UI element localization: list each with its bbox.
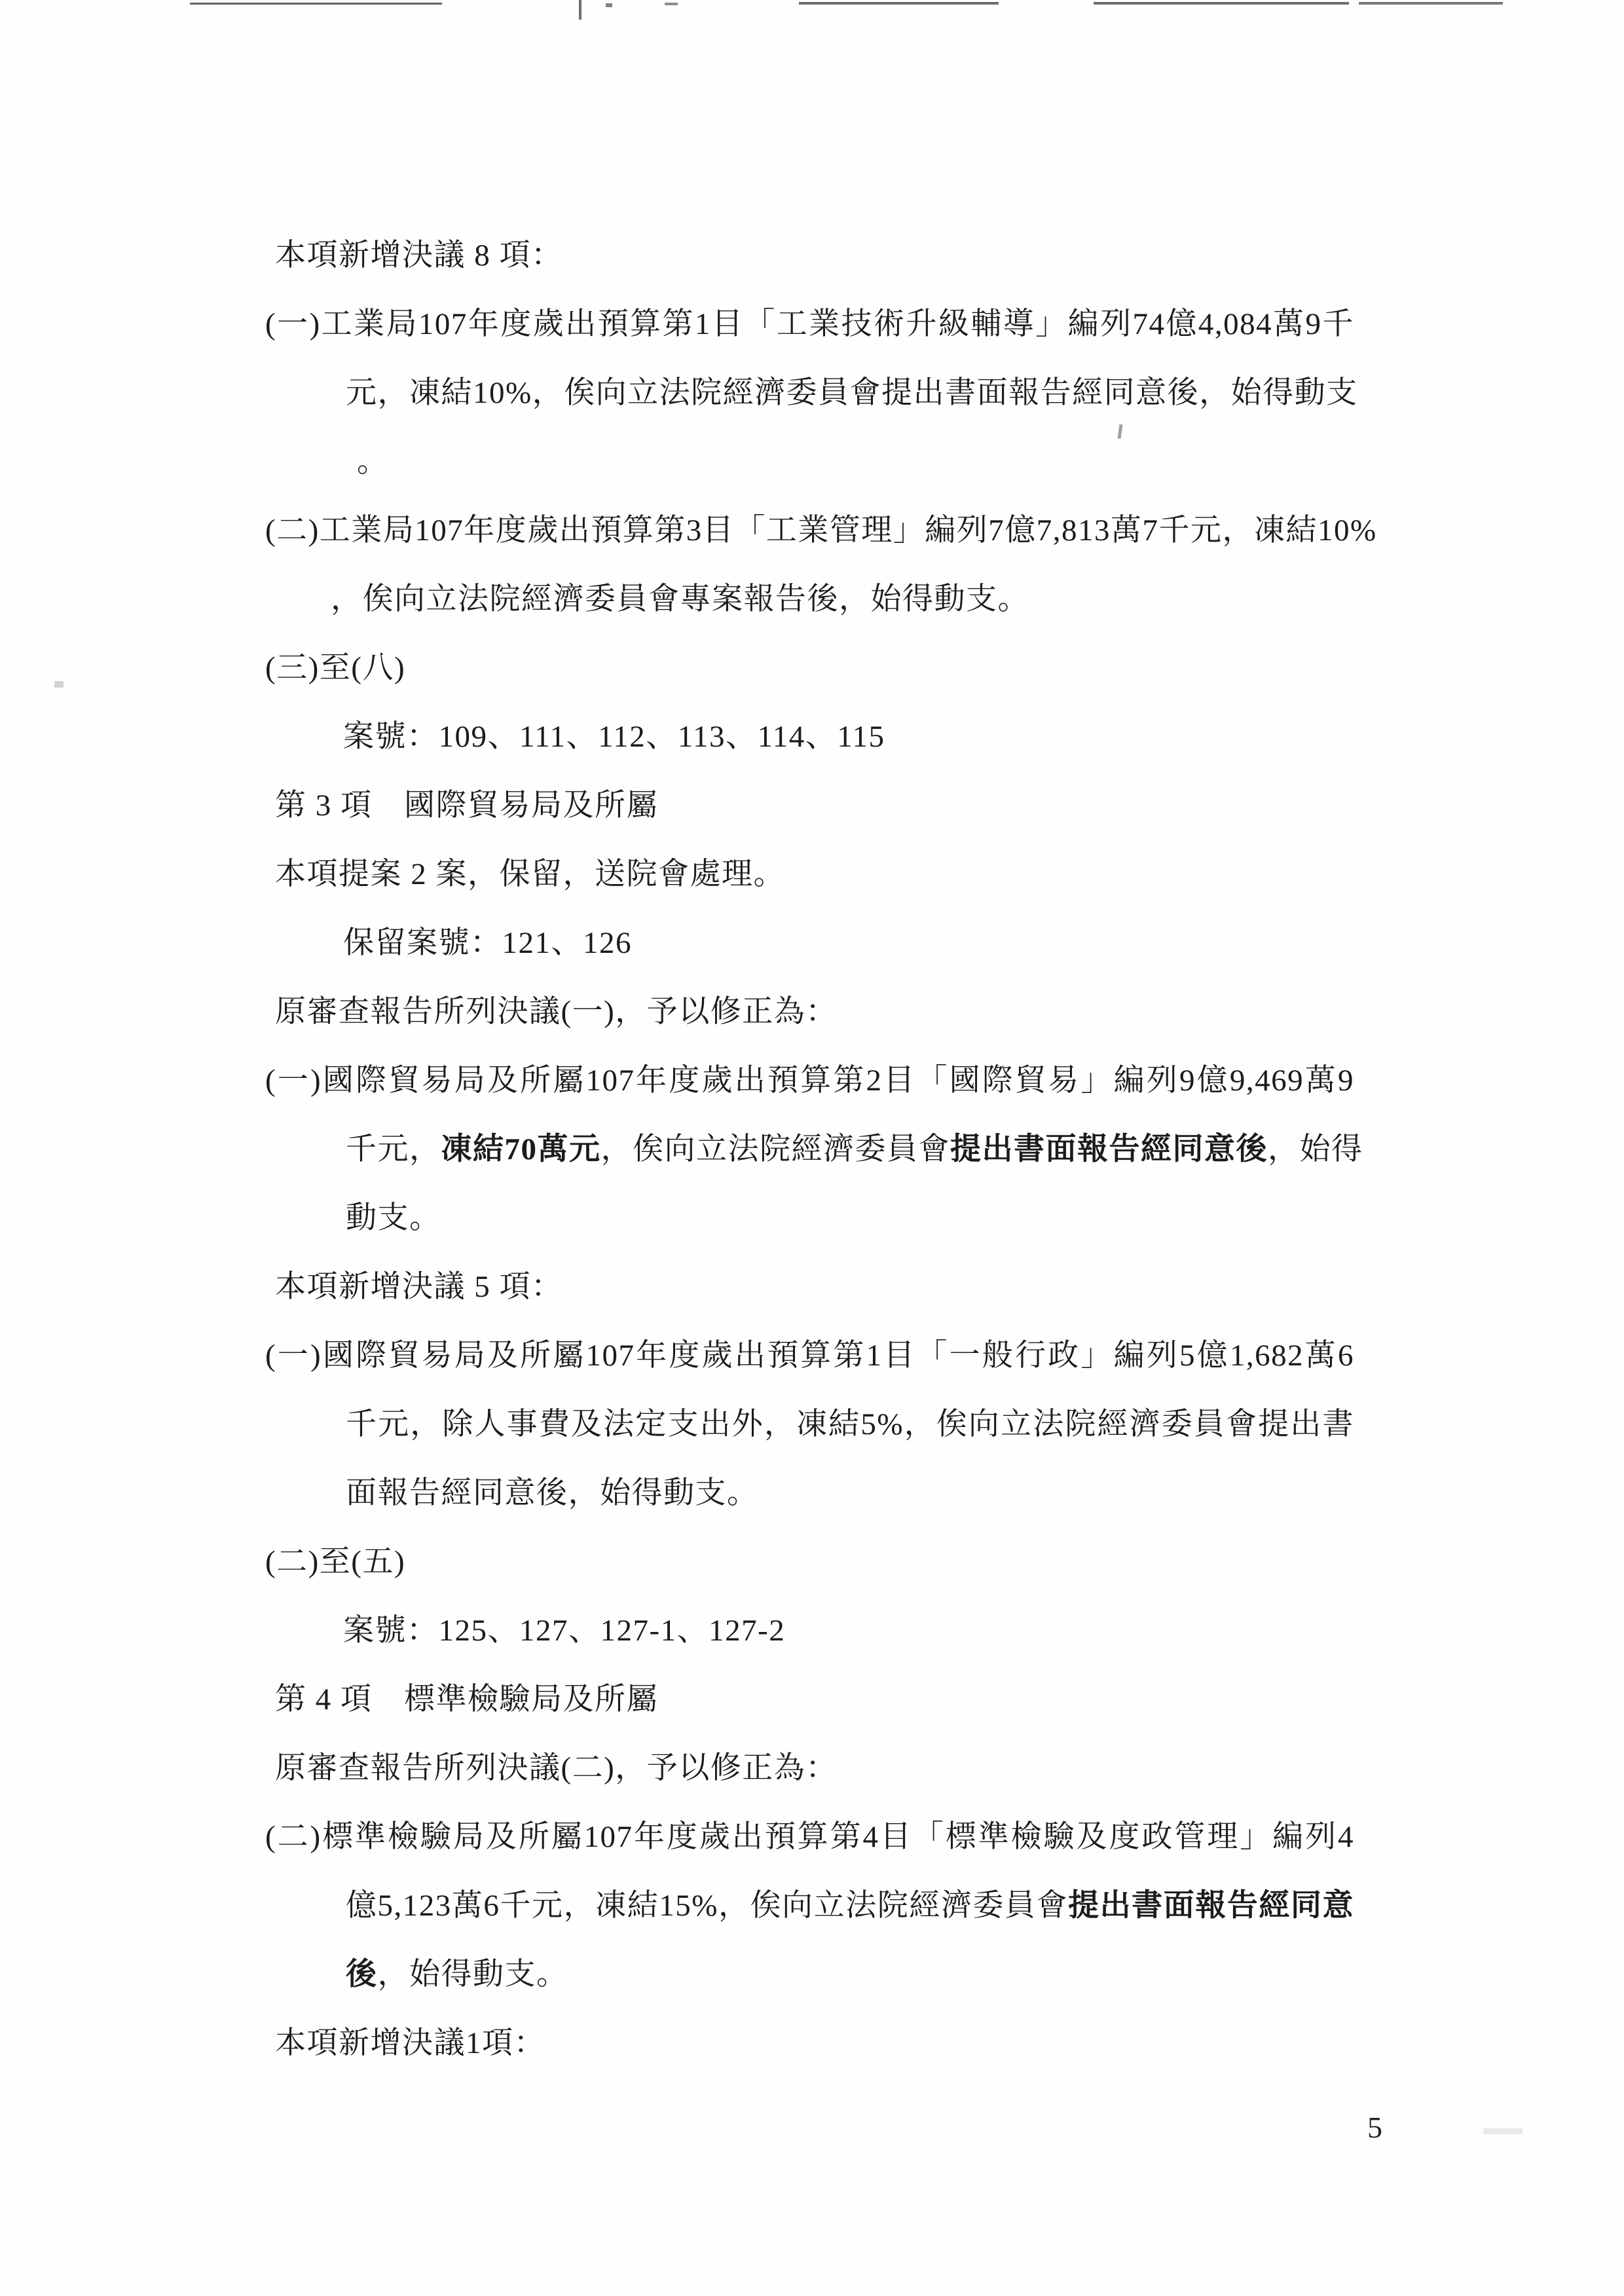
- scan-artifact-10: [1483, 2128, 1522, 2134]
- text-line-13: (一)國際貿易局及所屬107年度歲出預算第2目「國際貿易」編列9億9,469萬9: [265, 1046, 1354, 1115]
- text-segment: 提出書面報告經同意: [1068, 1889, 1354, 1923]
- scan-artifact-6: [1094, 2, 1349, 5]
- text-segment: 提出書面報告經同意後: [950, 1132, 1268, 1166]
- text-segment: 保留案號：121、126: [343, 926, 632, 960]
- scan-artifact-3: [606, 3, 612, 7]
- text-segment: ，始得: [1268, 1132, 1363, 1166]
- scan-artifact-4: [665, 3, 678, 5]
- text-line-6: ，俟向立法院經濟委員會專案報告後，始得動支。: [331, 565, 1354, 634]
- text-line-8: 案號：109、111、112、113、114、115: [343, 703, 1354, 771]
- text-segment: 後: [346, 1957, 378, 1991]
- text-segment: (二)標準檢驗局及所屬107年度歲出預算第4目「標準檢驗及度政管理」編列4: [265, 1820, 1354, 1854]
- text-segment: ，俟向立法院經濟委員會: [601, 1132, 951, 1166]
- text-line-12: 原審查報告所列決議(一)，予以修正為：: [275, 978, 1354, 1046]
- text-segment: (二)至(五): [265, 1545, 405, 1579]
- scan-artifact-1: [190, 3, 442, 5]
- text-segment: ，俟向立法院經濟委員會專案報告後，始得動支。: [331, 582, 1029, 616]
- text-line-5: (二)工業局107年度歲出預算第3目「工業管理」編列7億7,813萬7千元，凍結…: [265, 496, 1354, 565]
- text-segment: 動支。: [346, 1201, 441, 1235]
- text-segment: 本項新增決議 8 項：: [275, 238, 563, 272]
- scan-artifact-2: [579, 0, 581, 20]
- text-segment: 本項提案 2 案，保留，送院會處理。: [275, 857, 785, 891]
- text-segment: 。: [357, 445, 389, 479]
- text-line-24: (二)標準檢驗局及所屬107年度歲出預算第4目「標準檢驗及度政管理」編列4: [265, 1803, 1354, 1872]
- text-line-18: 千元，除人事費及法定支出外，凍結5%，俟向立法院經濟委員會提出書: [346, 1390, 1354, 1459]
- scan-artifact-7: [1359, 2, 1503, 5]
- text-segment: (一)工業局107年度歲出預算第1目「工業技術升級輔導」編列74億4,084萬9…: [265, 307, 1354, 341]
- text-line-9: 第 3 項 國際貿易局及所屬: [275, 771, 1354, 840]
- text-segment: 千元，除人事費及法定支出外，凍結5%，俟向立法院經濟委員會提出書: [346, 1407, 1354, 1441]
- text-segment: 原審查報告所列決議(一)，予以修正為：: [275, 995, 838, 1029]
- text-segment: 案號：125、127、127-1、127-2: [343, 1614, 785, 1648]
- text-line-23: 原審查報告所列決議(二)，予以修正為：: [275, 1734, 1354, 1803]
- text-segment: (二)工業局107年度歲出預算第3目「工業管理」編列7億7,813萬7千元，凍結…: [265, 513, 1377, 547]
- text-line-17: (一)國際貿易局及所屬107年度歲出預算第1目「一般行政」編列5億1,682萬6: [265, 1322, 1354, 1390]
- text-segment: 本項新增決議 5 項：: [275, 1270, 563, 1304]
- text-segment: 元，凍結10%，俟向立法院經濟委員會提出書面報告經同意後，始得動支: [346, 376, 1358, 410]
- text-line-27: 本項新增決議1項：: [275, 2009, 1354, 2078]
- text-segment: 凍結70萬元: [441, 1132, 601, 1166]
- text-line-14: 千元，凍結70萬元，俟向立法院經濟委員會提出書面報告經同意後，始得: [346, 1115, 1354, 1184]
- text-line-25: 億5,123萬6千元，凍結15%，俟向立法院經濟委員會提出書面報告經同意: [346, 1872, 1354, 1940]
- text-line-3: 元，凍結10%，俟向立法院經濟委員會提出書面報告經同意後，始得動支: [346, 359, 1354, 428]
- document-page: 本項新增決議 8 項：(一)工業局107年度歲出預算第1目「工業技術升級輔導」編…: [0, 0, 1624, 2296]
- text-line-20: (二)至(五): [265, 1528, 1354, 1597]
- text-segment: 億5,123萬6千元，凍結15%，俟向立法院經濟委員會: [346, 1889, 1068, 1923]
- page-number: 5: [1367, 2110, 1382, 2145]
- text-segment: (三)至(八): [265, 651, 405, 685]
- text-line-11: 保留案號：121、126: [343, 909, 1354, 978]
- text-line-7: (三)至(八): [265, 634, 1354, 703]
- text-segment: 面報告經同意後，始得動支。: [346, 1476, 759, 1510]
- text-segment: (一)國際貿易局及所屬107年度歲出預算第1目「一般行政」編列5億1,682萬6: [265, 1339, 1354, 1373]
- text-line-22: 第 4 項 標準檢驗局及所屬: [275, 1665, 1354, 1734]
- text-line-1: 本項新增決議 8 項：: [275, 221, 1354, 290]
- text-line-4: 。: [357, 428, 1354, 496]
- text-line-10: 本項提案 2 案，保留，送院會處理。: [275, 840, 1354, 909]
- text-line-2: (一)工業局107年度歲出預算第1目「工業技術升級輔導」編列74億4,084萬9…: [265, 290, 1354, 359]
- text-segment: ，始得動支。: [378, 1957, 568, 1991]
- text-line-16: 本項新增決議 5 項：: [275, 1253, 1354, 1322]
- text-segment: (一)國際貿易局及所屬107年度歲出預算第2目「國際貿易」編列9億9,469萬9: [265, 1064, 1354, 1098]
- text-segment: 本項新增決議1項：: [275, 2026, 545, 2060]
- scan-artifact-5: [799, 2, 999, 5]
- text-segment: 第 4 項 標準檢驗局及所屬: [275, 1682, 658, 1716]
- text-line-15: 動支。: [346, 1184, 1354, 1253]
- scan-artifact-8: [54, 681, 64, 688]
- text-line-21: 案號：125、127、127-1、127-2: [343, 1597, 1354, 1665]
- text-segment: 第 3 項 國際貿易局及所屬: [275, 788, 658, 823]
- text-segment: 原審查報告所列決議(二)，予以修正為：: [275, 1751, 838, 1785]
- text-segment: 千元，: [346, 1132, 441, 1166]
- text-segment: 案號：109、111、112、113、114、115: [343, 720, 885, 754]
- text-line-19: 面報告經同意後，始得動支。: [346, 1459, 1354, 1528]
- text-line-26: 後，始得動支。: [346, 1940, 1354, 2009]
